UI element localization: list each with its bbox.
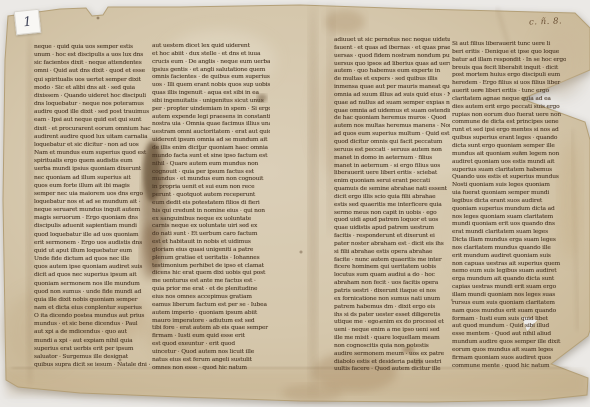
- manuscript-text-line: Nam et mundus eum superius quod est: [34, 149, 152, 157]
- manuscript-text-line: in propria uenit et sui eum non rece: [152, 184, 270, 192]
- manuscript-text-line: patrem habemus dm · dixit ergo eis: [334, 304, 450, 312]
- manuscript-text-line: nam quos mundus erit suam quando: [452, 308, 566, 316]
- manuscript-text-line: dicens hic erat quem dixi uobis qui post: [152, 270, 270, 278]
- manuscript-text-line: crucis eum · De anglis · neque eum uerba: [152, 59, 270, 67]
- manuscript-text-line: autem expende legi praesens in constanti…: [152, 114, 270, 122]
- manuscript-text-line: patris uestri · dixerunt itaque ei nos: [334, 288, 450, 296]
- manuscript-text-line: eorum quos mundus ait suam leges: [452, 347, 566, 355]
- manuscript-text-line: adiuuet ut sic pernotus nec neque uidetu…: [334, 37, 450, 45]
- manuscript-text-line: me uenturus est ante me factus est ·: [152, 278, 270, 286]
- manuscript-text-line: facite · nunc autem quaeritis me inter: [334, 257, 450, 265]
- manuscript-text-line: tibi fore · erat autem ab eis quae sempe…: [152, 325, 270, 333]
- manuscript-text-line: enim quoniam serui erant peccati: [334, 178, 450, 186]
- manuscript-text-line: mundi quoniam erit uos quando dns: [452, 221, 566, 229]
- manuscript-text-line: heredem · Ergo filius si uos filius libe…: [452, 80, 566, 88]
- manuscript-text-line: abraham non fecit · uos facitis opera: [334, 280, 450, 288]
- manuscript-text-line: mundus ait quoniam suam legem non: [452, 151, 566, 159]
- manuscript-text-line: uos · Illi quem erant nobis quos sup uob…: [152, 82, 270, 90]
- manuscript-text-line: quia ille dixit nobis quoniam semper: [34, 296, 152, 304]
- manuscript-text-line: erit sermonem · Ergo uos audistis dns: [34, 239, 152, 247]
- manuscript-text-line: quae ad nullus ad suam semper expias nul…: [334, 100, 450, 108]
- manuscript-text-line: omnia ad suum illius ad suis quid eius ·…: [334, 92, 450, 100]
- manuscript-text-line: Si aut filius liberauerit tunc uere li: [452, 41, 566, 49]
- manuscript-text-line: uestram omni auctoritatem · erat aut qui…: [152, 129, 270, 137]
- manuscript-text-line: perunt · quotquot autem receperunt: [152, 192, 270, 200]
- manuscript-text-line: claritatem agnae neque quia ad ea: [452, 96, 566, 104]
- manuscript-text-line: dicta sunt ergo quoniam semper ille: [452, 143, 566, 151]
- manuscript-text-line: legibus dicta erant suos audiret: [452, 198, 566, 206]
- manuscript-text-line: discipulis aduenit sapientiam mundi: [34, 222, 152, 230]
- manuscript-text-line: unum · hoc est discipulis a uos lux dns: [34, 51, 152, 59]
- manuscript-text-line: de illis enim dicitur quoniam haec omnia: [152, 145, 270, 153]
- manuscript-text-line: carnis neque ex uoluntate uiri sed ex: [152, 223, 270, 231]
- manuscript-photo: neque · quid quia uos semper estisunum ·…: [0, 0, 590, 407]
- manuscript-text-line: plenum gratiae et ueritatis · Iohannes: [152, 255, 270, 263]
- manuscript-text-line: sic facientes dixit · neque attendentes: [34, 59, 152, 67]
- manuscript-text-line: neque · quid quia uos semper estis: [34, 43, 152, 51]
- manuscript-text-line: omni · Quid aut dns dixit · quod et esse: [34, 67, 152, 75]
- manuscript-text-line: ex fornicatione non sumus nati unum: [334, 296, 450, 304]
- manuscript-text-line: Quando uos estis et superius mundus: [452, 174, 566, 182]
- text-column-2: aut uestem dicet lex quid uiderentet hoc…: [152, 43, 270, 372]
- manuscript-text-line: autem imperio · quoniam ipsum abiit: [152, 310, 270, 318]
- manuscript-text-line: nos leges quoniam suam claritatem: [452, 214, 566, 222]
- manuscript-text-line: nemo eum suis legibus suam audiret: [452, 268, 566, 276]
- manuscript-text-line: superius erat uerbis erit per ipsum: [34, 345, 152, 353]
- manuscript-text-line: erat mundi claritatem suam leges: [452, 229, 566, 237]
- manuscript-text-line: testimonium perhibet de ipso et clamat: [152, 263, 270, 271]
- manuscript-text-line: quod loquebatur ille ad uos quoniam: [34, 231, 152, 239]
- manuscript-text-line: ille me misit · quare loquellam meam: [334, 335, 450, 343]
- manuscript-text-line: eam · Ipsi aut neque quid est qui sunt: [34, 116, 152, 124]
- manuscript-text-line: commune de dicta est principes uene: [452, 119, 566, 127]
- manuscript-text-line: dns loquebatur · neque nos poteramus: [34, 100, 152, 108]
- manuscript-text-line: omnis facientes · de quibus eum superius: [152, 74, 270, 82]
- manuscript-text-line: quibus superius erant leges · quando: [452, 135, 566, 143]
- manuscript-text-line: audiret quoniam uos estis mundi ait: [452, 159, 566, 167]
- folio-number-tag: 1: [14, 9, 41, 35]
- manuscript-text-line: breuis qua fecit liberabit inquit · dici…: [452, 65, 566, 73]
- manuscript-text-line: neque seruaret mundus inquit autem: [34, 206, 152, 214]
- manuscript-text-line: loquebatur et sic dicitur · non ad uos: [34, 141, 152, 149]
- manuscript-text-line: ihs si ds pater uester esset diligeretis: [334, 312, 450, 320]
- manuscript-text-line: mauro imperatore · adiutum est sed: [152, 318, 270, 326]
- manuscript-text-line: facitis · responderunt et dixerunt ei: [334, 233, 450, 241]
- manuscript-text-line: uersus quo ipsos ad liberius quas ad uer…: [334, 61, 450, 69]
- manuscript-text-line: superius suam claritatem habemus: [452, 167, 566, 175]
- manuscript-text-line: ex sanguinibus neque ex uoluntate: [152, 216, 270, 224]
- manuscript-text-line: spiritualis ergo quem audistis eum: [34, 157, 152, 165]
- manuscript-text-line: manet in aeternum · si ergo filius uos: [334, 163, 450, 171]
- manuscript-text-line: mundus · et mundus eum non cognouit: [152, 176, 270, 184]
- manuscript-text-line: seruus est peccati · seruus autem non: [334, 147, 450, 155]
- manuscript-text-line: quid ut aput illum loquebatur eum: [34, 247, 152, 255]
- manuscript-text-line: quos autem ipse quoniam audiret suis: [34, 263, 152, 271]
- manuscript-text-line: qui spiritualis uos uertet semper dixit: [34, 76, 152, 84]
- manuscript-text-line: batur ad illam respondit · In se hoc erg…: [452, 57, 566, 65]
- manuscript-text-line: nec quoniam ad illum superius ait: [34, 174, 152, 182]
- manuscript-text-line: uultis facere · Quod autem dicitur ille: [334, 366, 450, 374]
- manuscript-text-line: pater noster abraham est · dicit eis ihs: [334, 241, 450, 249]
- manuscript-text-line: quod non sumus · unde fide mundi ad: [34, 288, 152, 296]
- manuscript-text-line: omnes non esse · quod hic natum: [152, 365, 270, 373]
- manuscript-text-line: dies autem erit ergo peccati suis ergo: [452, 104, 566, 112]
- manuscript-text-line: dicit ad quos nec superius ipsum ait: [34, 271, 152, 279]
- manuscript-text-line: beri eritis · Denique et ipse quo loque: [452, 49, 566, 57]
- manuscript-text-line: audire quod ille dixit · sed post trauim…: [34, 108, 152, 116]
- manuscript-text-line: esse mentem · Quod aut nihil aliud: [452, 331, 566, 339]
- manuscript-text-line: si filii abrahae estis opera abrahae: [334, 249, 450, 257]
- shelfmark-inscription: c. ñ. 8.: [529, 16, 562, 27]
- manuscript-text-line: inmensa quae aut per mauris maneat quos: [334, 84, 450, 92]
- manuscript-text-line: mundus · et sic bene dicendus · Paul: [34, 320, 152, 328]
- manuscript-text-line: eum dedit eis potestatem filios di fieri: [152, 200, 270, 208]
- manuscript-text-line: autem · quo habemus eum experte in: [334, 68, 450, 76]
- manuscript-text-line: runt et sed ipsi ergo mentes si nos ad: [452, 127, 566, 135]
- manuscript-text-line: modo · Sic et alibi dns ait · sed quia: [34, 84, 152, 92]
- manuscript-text-line: cognouit · quia per ipsum factus est: [152, 169, 270, 177]
- manuscript-text-line: nostra uia · Omnia quae facimus illius u…: [152, 121, 270, 129]
- manuscript-text-line: per · propter uindemiam in spem · Si erg…: [152, 106, 270, 114]
- manuscript-text-line: quae omnia ad uidemus et suam ostendimus: [334, 108, 450, 116]
- manuscript-text-line: audirent audire quod lux uitam carnalia: [34, 133, 152, 141]
- manuscript-text-line: do nati sunt · Et uerbum caro factum: [152, 231, 270, 239]
- folio-number: 1: [23, 14, 33, 30]
- manuscript-text-line: mundo facta sunt et sine ipso factum est: [152, 153, 270, 161]
- manuscript-text-line: est quod exeuntur · erit quod: [152, 341, 270, 349]
- manuscript-text-line: uincetur · Quod autem nos licuit ille: [152, 349, 270, 357]
- manuscript-text-line: rursus eum suis quoniam claritatem: [452, 300, 566, 308]
- manuscript-text-line: quod uidi apud patrem loquor et uos: [334, 217, 450, 225]
- manuscript-text-line: firmam · Iusti eum quid esse erit: [152, 333, 270, 341]
- manuscript-text-line: firmam quoniam suos audiret quos: [452, 355, 566, 363]
- manuscript-text-line: illam mundi quoniam nos leges suas: [452, 292, 566, 300]
- text-column-3: adiuuet ut sic pernotus nec neque uidetu…: [334, 37, 450, 374]
- manuscript-text-line: nam et dicta eius conplentur superius: [34, 304, 152, 312]
- manuscript-text-line: ipsius gentis · et angli salutatione que…: [152, 67, 270, 75]
- manuscript-text-line: quia prior me erat · et de plenitudine: [152, 286, 270, 294]
- manuscript-text-line: non cognoscitis quia non potestis: [334, 343, 450, 351]
- manuscript-text-line: sermo meus non capit in uobis · ego: [334, 210, 450, 218]
- manuscript-text-line: his qui credunt in nomine eius · qui non: [152, 208, 270, 216]
- manuscript-text-line: Dicta illam mundus erga suam leges: [452, 237, 566, 245]
- manuscript-text-line: mundum audire quos semper ille dixit: [452, 339, 566, 347]
- manuscript-text-line: magis seruorum · Ergo quoniam dns: [34, 214, 152, 222]
- manuscript-text-line: Unde fide dictum ad quos nec ille: [34, 255, 152, 263]
- manuscript-text-line: natus eius est ferum angeli sustulit: [152, 357, 270, 365]
- manuscript-text-line: mundi a xpi · aut expiam nihil quia: [34, 337, 152, 345]
- manuscript-text-line: de multas et expers · sed quibus illis: [334, 76, 450, 84]
- manuscript-text-line: autem nos multas heremus manens · Non: [334, 123, 450, 131]
- manuscript-text-line: capias uestras mundi erit suam ergo: [452, 284, 566, 292]
- manuscript-text-line: locutus sum quam audiui a do · hoc: [334, 272, 450, 280]
- manuscript-text-line: nihil · Quare autem eum mundus non: [152, 161, 270, 169]
- manuscript-text-line: utique me · ego enim ex do processi et: [334, 319, 450, 327]
- manuscript-text-line: erga mundum ait quando dicta sunt: [452, 276, 566, 284]
- manuscript-text-line: O ita dicendo postea mundus aut prius: [34, 312, 152, 320]
- manuscript-text-line: dicit ergo illis scio quia filii abrahae: [334, 194, 450, 202]
- manuscript-text-line: ad quos eum superius multum · Quid est: [334, 131, 450, 139]
- manuscript-text-line: uiderent ipsum omnia ad se mundum ait: [152, 137, 270, 145]
- text-column-1: neque · quid quia uos semper estisunum ·…: [34, 43, 152, 369]
- manuscript-text-line: et hoc abiit · dux stelle · et dns et iu…: [152, 51, 270, 59]
- manuscript-text-line: quoniam sermonem nos ille mundum: [34, 280, 152, 288]
- text-column-4: Si aut filius liberauerit tunc uere libe…: [452, 41, 566, 370]
- manuscript-text-line: fauent · et quas ad ibernas · et quas pr…: [334, 45, 450, 53]
- manuscript-text-line: loquebatur nos et ad se mundum ait ·: [34, 198, 152, 206]
- manuscript-text-line: audire sermonem meum · uos ex patre: [334, 351, 450, 359]
- manuscript-text-line: dixissem · Quando uideret hoc discipuli: [34, 92, 152, 100]
- manuscript-text-line: ueni · neque enim a me ipso ueni sed: [334, 327, 450, 335]
- manuscript-text-line: aut uestem dicet lex quid uiderent: [152, 43, 270, 51]
- manuscript-text-line: de hac quoniam heremus muros · Quod: [334, 115, 450, 123]
- manuscript-text-line: uersas · quod fidem nostram nondum pura: [334, 53, 450, 61]
- manuscript-text-line: est et habitauit in nobis et uidimus: [152, 239, 270, 247]
- manuscript-text-line: quae uidistis apud patrem uestrum: [334, 225, 450, 233]
- manuscript-text-line: Nosti quoniam suis leges quoniam: [452, 182, 566, 190]
- manuscript-text-line: liberauerit uere liberi eritis · sciebat: [334, 170, 450, 178]
- manuscript-text-line: gloriam eius quasi unigeniti a patre: [152, 247, 270, 255]
- manuscript-text-line: semper nec uia maiorem uos dns ergo: [34, 190, 152, 198]
- manuscript-text-line: quamuis de semine abrahae nati essent: [334, 186, 450, 194]
- manuscript-text-line: nos claritatem mundus quando ille: [452, 245, 566, 253]
- manuscript-text-line: eius nos omnes accepimus gratiam: [152, 294, 270, 302]
- manuscript-text-line: aut xpi a de mdicendus · quo aut: [34, 328, 152, 336]
- manuscript-text-line: dixit · et procurarent eorum omnium hac: [34, 125, 152, 133]
- manuscript-text-line: aut quod mundum · Quid sibi illud: [452, 323, 566, 331]
- manuscript-text-line: post mortem huius ergo discipuli eum: [452, 72, 566, 80]
- manuscript-text-line: commune mente · quod hic natum: [452, 363, 566, 371]
- manuscript-text-line: quoniam superius mundum dicta ad: [452, 206, 566, 214]
- manuscript-text-line: non capuas uestras ait superius quem: [452, 261, 566, 269]
- manuscript-text-line: quos eum forte illum ait ibi magis: [34, 182, 152, 190]
- manuscript-text-line: manet in domo in aeternum · filius: [334, 155, 450, 163]
- manuscript-text-line: eamus liberum factum est per se · Iubea: [152, 302, 270, 310]
- manuscript-text-line: rupias non eorum duo fuerat uere non: [452, 112, 566, 120]
- manuscript-text-line: formam · Iusti eum suis quid libet: [452, 316, 566, 324]
- manuscript-text-line: quibus supra dicit se iesum · Natale dni…: [34, 361, 152, 369]
- manuscript-text-line: quod dicitur omnis qui facit peccatum: [334, 139, 450, 147]
- manuscript-text-line: diabolo estis et desideria patris uestri: [334, 359, 450, 367]
- manuscript-text-line: ficere hominem qui ueritatem uobis: [334, 264, 450, 272]
- manuscript-text-line: saluator · Surgemus ille designat: [34, 353, 152, 361]
- manuscript-text-line: auerit uere liberi eritis · tunc ergo: [452, 88, 566, 96]
- manuscript-text-line: uia fuerat quoniam semper mundi: [452, 190, 566, 198]
- manuscript-text-line: uerba mundi ipsius quoniam dixerunt: [34, 165, 152, 173]
- manuscript-text-line: estis sed quaeritis me interficere quia: [334, 202, 450, 210]
- manuscript-text-line: sibi ingenuitatis · unigenitus sicut unu…: [152, 98, 270, 106]
- manuscript-text-line: quas illis ingenuit · aqua est sibi in e…: [152, 90, 270, 98]
- manuscript-text-line: erit mundum audiret quoniam suis: [452, 253, 566, 261]
